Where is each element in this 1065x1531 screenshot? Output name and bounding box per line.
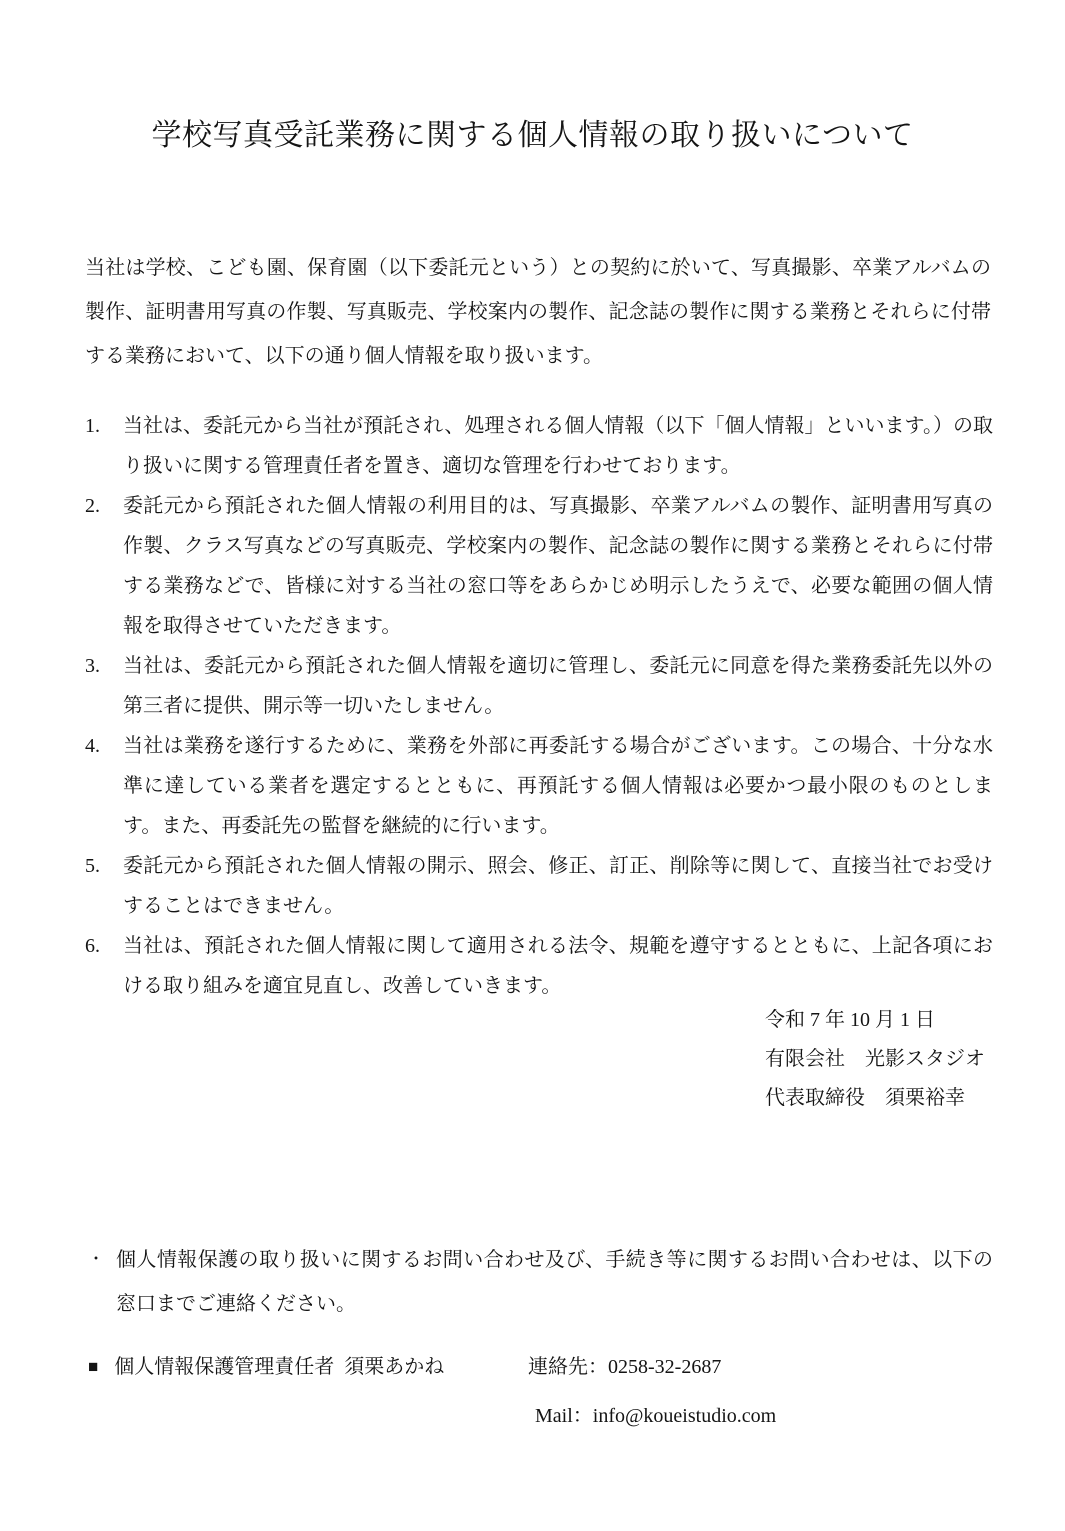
- signature-block: 令和 7 年 10 月 1 日 有限会社 光影スタジオ 代表取締役 須栗裕幸: [765, 1001, 985, 1118]
- item-number: 3.: [85, 646, 123, 686]
- numbered-list: 1. 当社は、委託元から当社が預託され、処理される個人情報（以下「個人情報」とい…: [85, 406, 993, 1006]
- item-text: 当社は、委託元から当社が預託され、処理される個人情報（以下「個人情報」といいます…: [123, 406, 993, 486]
- item-number: 5.: [85, 846, 123, 886]
- signature-company: 有限会社 光影スタジオ: [765, 1040, 985, 1079]
- mail-label: Mail：: [535, 1405, 593, 1427]
- document-page: 学校写真受託業務に関する個人情報の取り扱いについて 当社は学校、こども園、保育園…: [0, 0, 1065, 1531]
- list-item: 6. 当社は、預託された個人情報に関して適用される法令、規範を遵守するとともに、…: [85, 926, 993, 1006]
- item-number: 6.: [85, 926, 123, 966]
- manager-name: 須栗あかね: [344, 1356, 444, 1378]
- list-item: 1. 当社は、委託元から当社が預託され、処理される個人情報（以下「個人情報」とい…: [85, 406, 993, 486]
- list-item: 4. 当社は業務を遂行するために、業務を外部に再委託する場合がございます。この場…: [85, 726, 993, 846]
- item-text: 当社は、預託された個人情報に関して適用される法令、規範を遵守するとともに、上記各…: [123, 926, 993, 1006]
- item-number: 1.: [85, 406, 123, 446]
- item-text: 委託元から預託された個人情報の開示、照会、修正、訂正、削除等に関して、直接当社で…: [123, 846, 993, 926]
- contact-line: ■個人情報保護管理責任者須栗あかね 連絡先：0258-32-2687: [88, 1352, 993, 1382]
- mail-address: info@koueistudio.com: [593, 1405, 776, 1427]
- phone-label: 連絡先：: [528, 1356, 608, 1378]
- signature-representative: 代表取締役 須栗裕幸: [765, 1079, 985, 1118]
- mail-line: Mail：info@koueistudio.com: [535, 1401, 776, 1431]
- manager-title: 個人情報保護管理責任者: [114, 1356, 334, 1378]
- bullet-icon: ・: [88, 1238, 116, 1326]
- square-bullet-icon: ■: [88, 1357, 98, 1376]
- inquiry-note: ・ 個人情報保護の取り扱いに関するお問い合わせ及び、手続き等に関するお問い合わせ…: [88, 1238, 993, 1326]
- item-text: 当社は、委託元から預託された個人情報を適切に管理し、委託元に同意を得た業務委託先…: [123, 646, 993, 726]
- phone-number: 0258-32-2687: [608, 1356, 721, 1378]
- intro-paragraph: 当社は学校、こども園、保育園（以下委託元という）との契約に於いて、写真撮影、卒業…: [85, 246, 991, 378]
- signature-date: 令和 7 年 10 月 1 日: [765, 1001, 985, 1040]
- list-item: 2. 委託元から預託された個人情報の利用目的は、写真撮影、卒業アルバムの製作、証…: [85, 486, 993, 646]
- document-title: 学校写真受託業務に関する個人情報の取り扱いについて: [0, 110, 1065, 154]
- list-item: 5. 委託元から預託された個人情報の開示、照会、修正、訂正、削除等に関して、直接…: [85, 846, 993, 926]
- phone-contact: 連絡先：0258-32-2687: [528, 1352, 721, 1382]
- inquiry-text: 個人情報保護の取り扱いに関するお問い合わせ及び、手続き等に関するお問い合わせは、…: [116, 1238, 993, 1326]
- list-item: 3. 当社は、委託元から預託された個人情報を適切に管理し、委託元に同意を得た業務…: [85, 646, 993, 726]
- item-text: 委託元から預託された個人情報の利用目的は、写真撮影、卒業アルバムの製作、証明書用…: [123, 486, 993, 646]
- item-number: 2.: [85, 486, 123, 526]
- item-text: 当社は業務を遂行するために、業務を外部に再委託する場合がございます。この場合、十…: [123, 726, 993, 846]
- item-number: 4.: [85, 726, 123, 766]
